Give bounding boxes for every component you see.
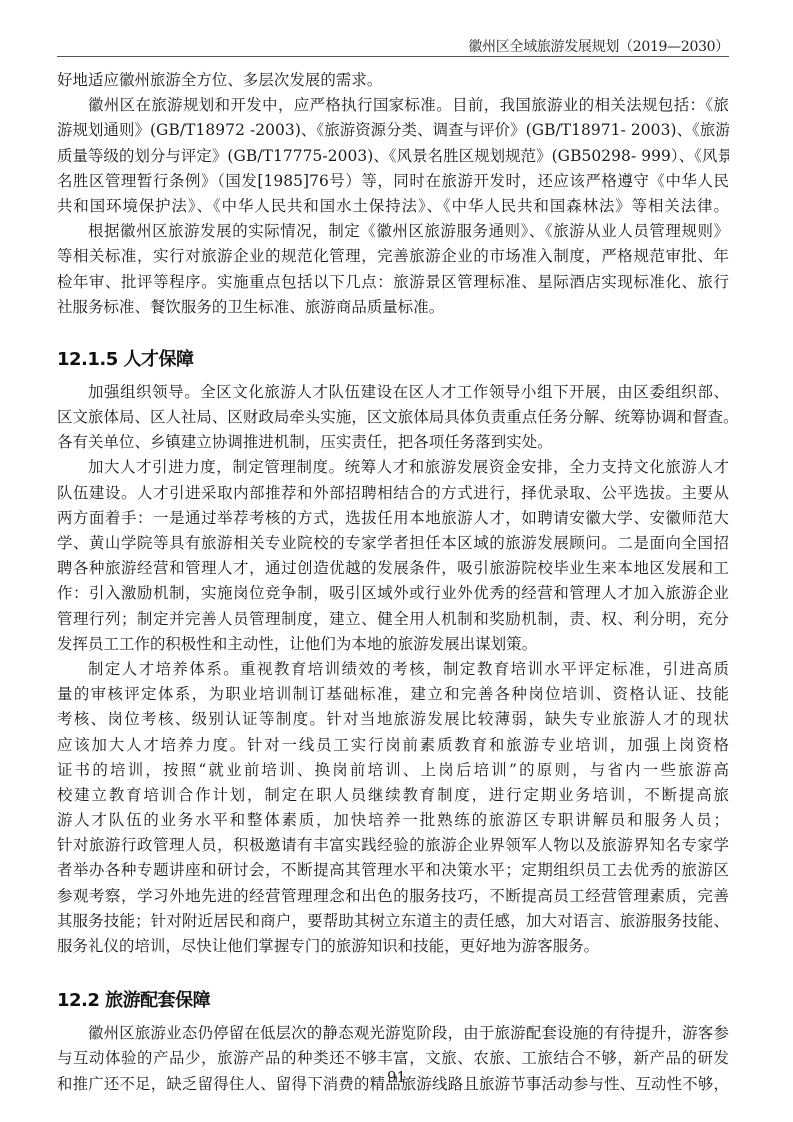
paragraph-recruitment: 加大人才引进力度，制定管理制度。统筹人才和旅游发展资金安排，全力支持文化旅游人才… bbox=[57, 455, 729, 657]
text-line: 加强组织领导。全区文化旅游人才队伍建设在区人才工作领导小组下开展，由区委组织部、 bbox=[57, 380, 729, 405]
text-line: 队伍建设。人才引进采取内部推荐和外部招聘相结合的方式进行，择优录取、公平选拔。主… bbox=[57, 481, 729, 506]
text-line: 游人才队伍的业务水平和整体素质，加快培养一批熟练的旅游区专职讲解员和服务人员； bbox=[57, 808, 729, 833]
text-line: 其服务技能；针对附近居民和商户，要帮助其树立东道主的责任感，加大对语言、旅游服务… bbox=[57, 909, 729, 934]
text-line: 针对旅游行政管理人员，积极邀请有丰富实践经验的旅游企业界领军人物以及旅游界知名专… bbox=[57, 833, 729, 858]
text-line: 质量等级的划分与评定》(GB/T17775-2003)、《风景名胜区规划规范》(… bbox=[57, 144, 729, 169]
text-line: 各有关单位、乡镇建立协调推进机制，压实责任，把各项任务落到实处。 bbox=[57, 430, 729, 455]
text-line: 徽州区旅游业态仍停留在低层次的静态观光游览阶段，由于旅游配套设施的有待提升，游客… bbox=[57, 1021, 729, 1046]
text-line: 证书的培训，按照“就业前培训、换岗前培训、上岗后培训”的原则，与省内一些旅游高 bbox=[57, 758, 729, 783]
text-line: 应该加大人才培养力度。针对一线员工实行岗前素质教育和旅游专业培训，加强上岗资格 bbox=[57, 733, 729, 758]
text-line: 服务礼仪的培训，尽快让他们掌握专门的旅游知识和技能，更好地为游客服务。 bbox=[57, 934, 729, 959]
text-line: 者举办各种专题讲座和研讨会，不断提高其管理水平和决策水平；定期组织员工去优秀的旅… bbox=[57, 858, 729, 883]
paragraph-regulation: 根据徽州区旅游发展的实际情况，制定《徽州区旅游服务通则》、《旅游从业人员管理规则… bbox=[57, 219, 729, 320]
text-line: 根据徽州区旅游发展的实际情况，制定《徽州区旅游服务通则》、《旅游从业人员管理规则… bbox=[57, 219, 729, 244]
text-line: 共和国环境保护法》、《中华人民共和国水土保持法》、《中华人民共和国森林法》等相关… bbox=[57, 194, 729, 219]
text-line: 作：引入激励机制，实施岗位竞争制，吸引区域外或行业外优秀的经营和管理人才加入旅游… bbox=[57, 581, 729, 606]
section-heading-facilities: 12.2 旅游配套保障 bbox=[57, 981, 729, 1021]
text-line: 好地适应徽州旅游全方位、多层次发展的需求。 bbox=[57, 68, 729, 93]
text-line: 名胜区管理暂行条例》（国发[1985]76号）等，同时在旅游开发时，还应该严格遵… bbox=[57, 169, 729, 194]
text-line: 考核、岗位考核、级别认证等制度。针对当地旅游发展比较薄弱，缺失专业旅游人才的现状 bbox=[57, 707, 729, 732]
text-line: 学、黄山学院等具有旅游相关专业院校的专家学者担任本区域的旅游发展顾问。二是面向全… bbox=[57, 531, 729, 556]
text-line: 区文旅体局、区人社局、区财政局牵头实施，区文旅体局具体负责重点任务分解、统筹协调… bbox=[57, 405, 729, 430]
section-heading-talent: 12.1.5 人才保障 bbox=[57, 340, 729, 380]
document-title: 徽州区全域旅游发展规划（2019—2030） bbox=[468, 36, 729, 56]
page-number: 91 bbox=[0, 1068, 793, 1086]
text-line: 加大人才引进力度，制定管理制度。统筹人才和旅游发展资金安排，全力支持文化旅游人才 bbox=[57, 455, 729, 480]
text-line: 参观考察，学习外地先进的经营管理理念和出色的服务技巧，不断提高员工经营管理素质，… bbox=[57, 884, 729, 909]
text-line: 制定人才培养体系。重视教育培训绩效的考核，制定教育培训水平评定标准，引进高质 bbox=[57, 657, 729, 682]
text-line: 发挥员工工作的积极性和主动性，让他们为本地的旅游发展出谋划策。 bbox=[57, 632, 729, 657]
text-line: 聘各种旅游经营和管理人才，通过创造优越的发展条件，吸引旅游院校毕业生来本地区发展… bbox=[57, 556, 729, 581]
paragraph-standards: 徽州区在旅游规划和开发中，应严格执行国家标准。目前，我国旅游业的相关法规包括：《… bbox=[57, 93, 729, 219]
paragraph-training: 制定人才培养体系。重视教育培训绩效的考核，制定教育培训水平评定标准，引进高质 量… bbox=[57, 657, 729, 959]
page-body: 好地适应徽州旅游全方位、多层次发展的需求。 徽州区在旅游规划和开发中，应严格执行… bbox=[57, 68, 729, 1097]
text-line: 等相关标准，实行对旅游企业的规范化管理，完善旅游企业的市场准入制度，严格规范审批… bbox=[57, 244, 729, 269]
text-line: 两方面着手：一是通过举荐考核的方式，选拔任用本地旅游人才，如聘请安徽大学、安徽师… bbox=[57, 506, 729, 531]
text-line: 检年审、批评等程序。实施重点包括以下几点：旅游景区管理标准、星际酒店实现标准化、… bbox=[57, 270, 729, 295]
paragraph: 好地适应徽州旅游全方位、多层次发展的需求。 bbox=[57, 68, 729, 93]
text-line: 徽州区在旅游规划和开发中，应严格执行国家标准。目前，我国旅游业的相关法规包括：《… bbox=[57, 93, 729, 118]
running-header: 徽州区全域旅游发展规划（2019—2030） bbox=[57, 36, 729, 57]
text-line: 校建立教育培训合作计划，制定在职人员继续教育制度，进行定期业务培训，不断提高旅 bbox=[57, 783, 729, 808]
text-line: 游规划通则》(GB/T18972 -2003)、《旅游资源分类、调查与评价》(G… bbox=[57, 118, 729, 143]
text-line: 管理行列；制定并完善人员管理制度，建立、健全用人机制和奖励机制，责、权、利分明，… bbox=[57, 607, 729, 632]
text-line: 量的审核评定体系，为职业培训制订基础标准，建立和完善各种岗位培训、资格认证、技能 bbox=[57, 682, 729, 707]
paragraph-leadership: 加强组织领导。全区文化旅游人才队伍建设在区人才工作领导小组下开展，由区委组织部、… bbox=[57, 380, 729, 456]
text-line: 社服务标准、餐饮服务的卫生标准、旅游商品质量标准。 bbox=[57, 295, 729, 320]
